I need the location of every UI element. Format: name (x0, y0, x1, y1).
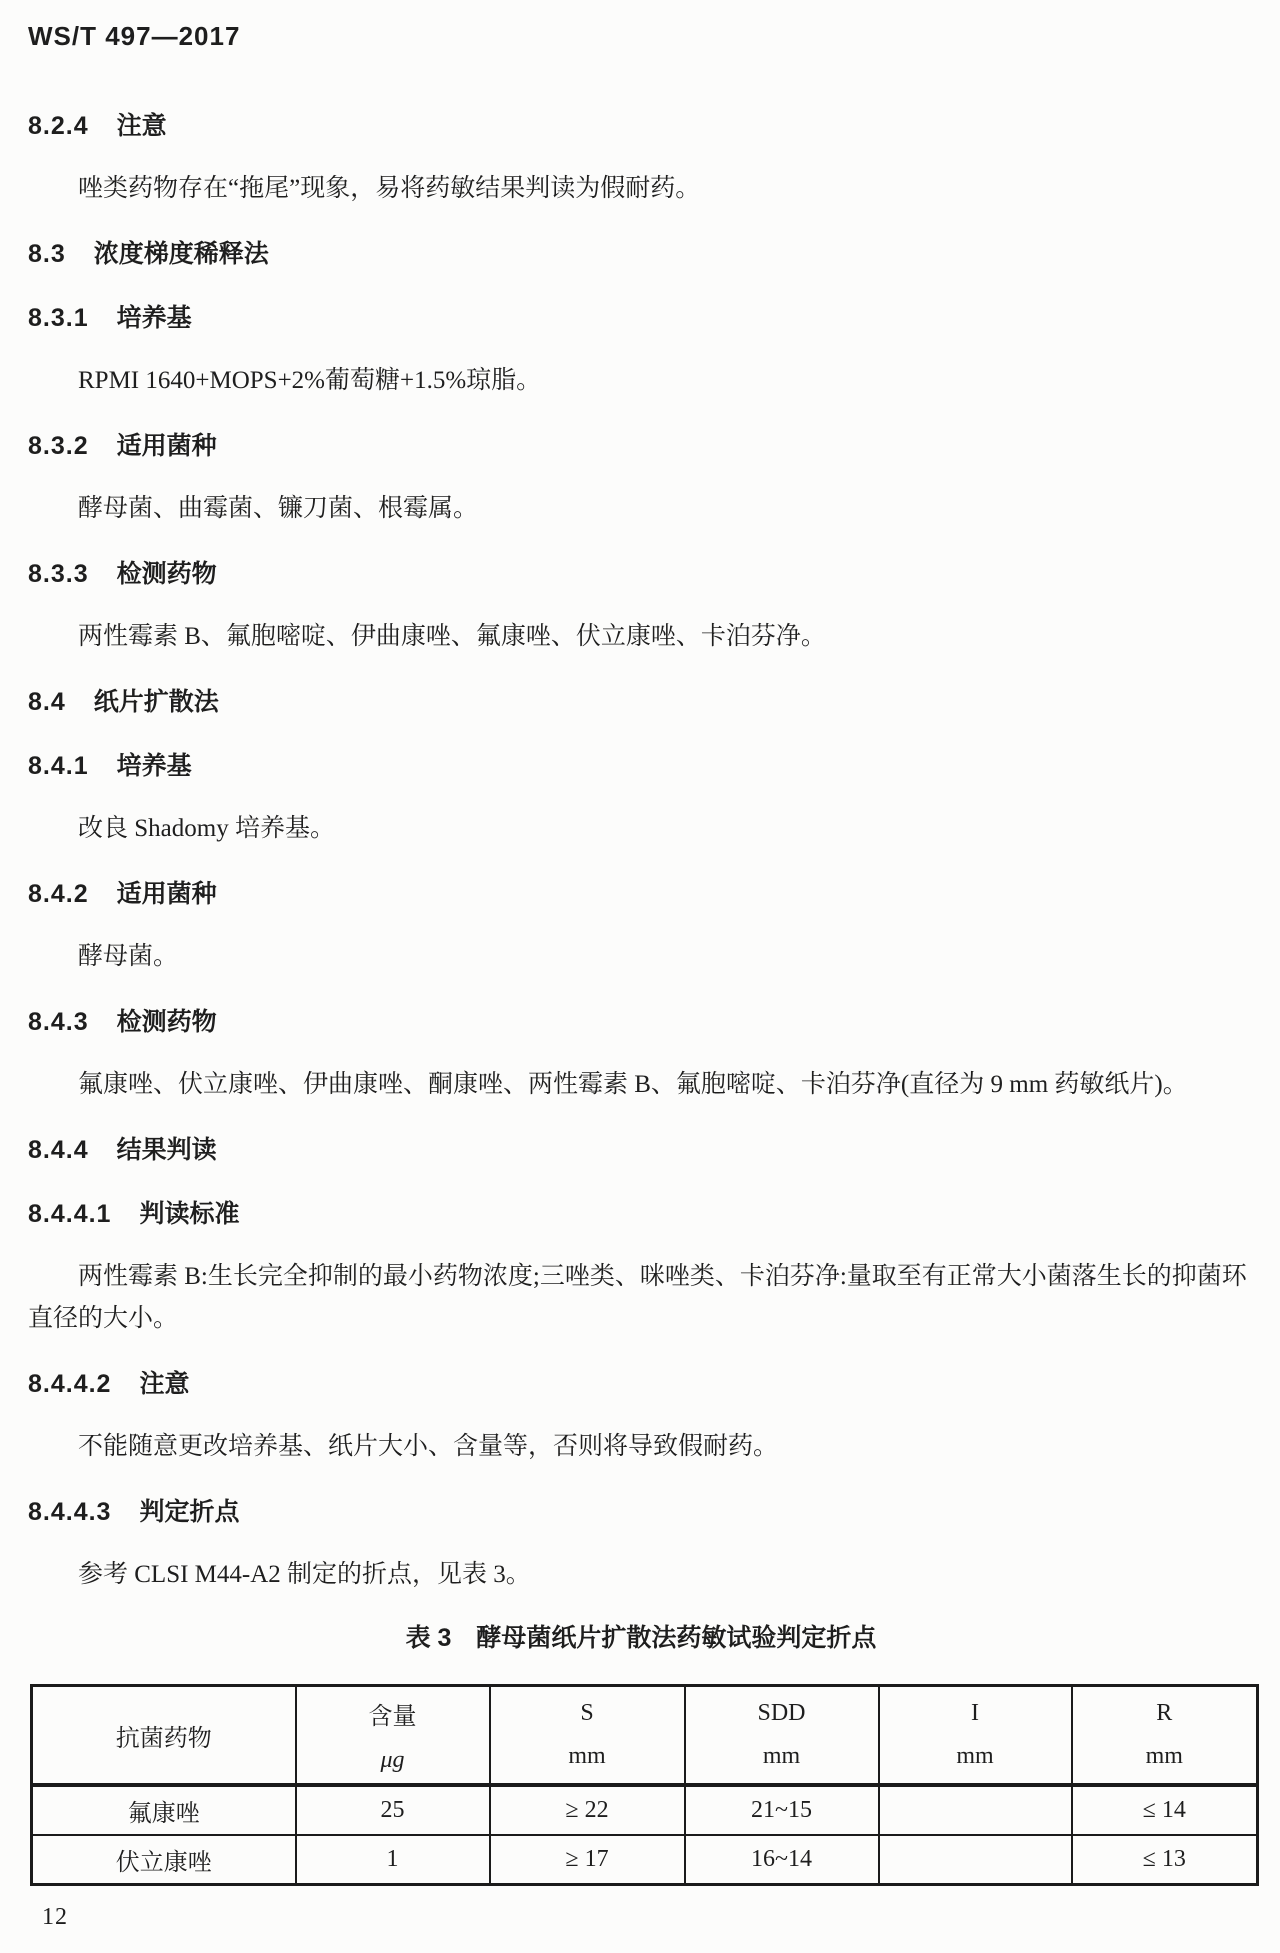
header-cell-r: Rmm (1072, 1686, 1258, 1786)
cell-i (879, 1785, 1072, 1835)
section-title: 结果判读 (117, 1136, 217, 1164)
section-number: 8.4.3 (28, 1002, 89, 1042)
section-number: 8.3.1 (28, 298, 89, 338)
cell-r: ≤ 13 (1072, 1835, 1258, 1885)
column-label: R (1073, 1700, 1257, 1727)
section-number: 8.4.4.1 (28, 1194, 111, 1234)
section-heading-8-4-3: 8.4.3检测药物 (28, 1002, 1254, 1042)
section-number: 8.2.4 (28, 106, 89, 146)
cell-r: ≤ 14 (1072, 1785, 1258, 1835)
section-title: 检测药物 (117, 560, 217, 588)
column-label: SDD (686, 1700, 878, 1727)
section-number: 8.3.2 (28, 426, 89, 466)
section-heading-8-2-4: 8.2.4注意 (28, 106, 1254, 146)
section-number: 8.4.2 (28, 874, 89, 914)
column-label: I (880, 1700, 1071, 1727)
section-title: 判读标准 (139, 1200, 239, 1228)
section-title: 判定折点 (139, 1498, 239, 1526)
page-number: 12 (42, 1902, 1254, 1932)
table-row-fluconazole: 氟康唑 25 ≥ 22 21~15 ≤ 14 (32, 1785, 1258, 1835)
header-cell-s: Smm (490, 1686, 685, 1786)
cell-s: ≥ 22 (490, 1785, 685, 1835)
paragraph: 参考 CLSI M44-A2 制定的折点，见表 3。 (28, 1554, 1254, 1596)
cell-i (879, 1835, 1072, 1885)
section-number: 8.4.4 (28, 1130, 89, 1170)
cell-sdd: 16~14 (685, 1835, 879, 1885)
paragraph: 唑类药物存在“拖尾”现象，易将药敏结果判读为假耐药。 (28, 168, 1254, 210)
column-unit: mm (491, 1743, 684, 1770)
section-title: 注意 (139, 1370, 189, 1398)
cell-content: 1 (296, 1835, 490, 1885)
header-cell-content: 含量μg (296, 1686, 490, 1786)
table-3-caption: 表 3 酵母菌纸片扩散法药敏试验判定折点 (28, 1618, 1254, 1658)
section-title: 适用菌种 (117, 880, 217, 908)
column-label: 抗菌药物 (33, 1718, 295, 1753)
paragraph: 酵母菌。 (28, 936, 1254, 978)
column-label: S (491, 1700, 684, 1727)
section-number: 8.3.3 (28, 554, 89, 594)
cell-sdd: 21~15 (685, 1785, 879, 1835)
document-body: 8.2.4注意 唑类药物存在“拖尾”现象，易将药敏结果判读为假耐药。 8.3浓度… (28, 106, 1254, 1932)
table-header: 抗菌药物 含量μg Smm SDDmm Imm Rmm (32, 1686, 1258, 1786)
section-heading-8-3-2: 8.3.2适用菌种 (28, 426, 1254, 466)
column-unit: μg (297, 1747, 489, 1774)
column-unit: mm (880, 1743, 1071, 1770)
section-number: 8.3 (28, 234, 66, 274)
cell-drug: 伏立康唑 (32, 1835, 296, 1885)
section-title: 纸片扩散法 (94, 688, 219, 716)
section-heading-8-4: 8.4纸片扩散法 (28, 682, 1254, 722)
section-title: 检测药物 (117, 1008, 217, 1036)
cell-drug: 氟康唑 (32, 1785, 296, 1835)
table-row-voriconazole: 伏立康唑 1 ≥ 17 16~14 ≤ 13 (32, 1835, 1258, 1885)
paragraph: 酵母菌、曲霉菌、镰刀菌、根霉属。 (28, 488, 1254, 530)
section-heading-8-3: 8.3浓度梯度稀释法 (28, 234, 1254, 274)
document-page: WS/T 497—2017 8.2.4注意 唑类药物存在“拖尾”现象，易将药敏结… (0, 0, 1280, 1953)
section-title: 培养基 (117, 752, 192, 780)
paragraph: 两性霉素 B、氟胞嘧啶、伊曲康唑、氟康唑、伏立康唑、卡泊芬净。 (28, 616, 1254, 658)
section-heading-8-4-4-2: 8.4.4.2注意 (28, 1364, 1254, 1404)
standard-code-header: WS/T 497—2017 (28, 18, 1254, 54)
column-unit: mm (686, 1743, 878, 1770)
section-title: 浓度梯度稀释法 (94, 240, 269, 268)
paragraph: 两性霉素 B:生长完全抑制的最小药物浓度;三唑类、咪唑类、卡泊芬净:量取至有正常… (28, 1256, 1254, 1340)
table-header-row: 抗菌药物 含量μg Smm SDDmm Imm Rmm (32, 1686, 1258, 1786)
section-number: 8.4.1 (28, 746, 89, 786)
paragraph: 不能随意更改培养基、纸片大小、含量等，否则将导致假耐药。 (28, 1426, 1254, 1468)
breakpoints-table: 抗菌药物 含量μg Smm SDDmm Imm Rmm 氟康唑 25 ≥ 22 … (30, 1684, 1259, 1886)
section-title: 注意 (117, 112, 167, 140)
section-title: 适用菌种 (117, 432, 217, 460)
column-label: 含量 (297, 1696, 489, 1731)
paragraph: 氟康唑、伏立康唑、伊曲康唑、酮康唑、两性霉素 B、氟胞嘧啶、卡泊芬净(直径为 9… (28, 1064, 1254, 1106)
section-number: 8.4.4.3 (28, 1492, 111, 1532)
section-title: 培养基 (117, 304, 192, 332)
section-heading-8-4-2: 8.4.2适用菌种 (28, 874, 1254, 914)
cell-s: ≥ 17 (490, 1835, 685, 1885)
section-heading-8-4-4-1: 8.4.4.1判读标准 (28, 1194, 1254, 1234)
header-cell-sdd: SDDmm (685, 1686, 879, 1786)
header-cell-i: Imm (879, 1686, 1072, 1786)
section-heading-8-3-1: 8.3.1培养基 (28, 298, 1254, 338)
table-body: 氟康唑 25 ≥ 22 21~15 ≤ 14 伏立康唑 1 ≥ 17 16~14… (32, 1785, 1258, 1885)
paragraph: 改良 Shadomy 培养基。 (28, 808, 1254, 850)
section-number: 8.4.4.2 (28, 1364, 111, 1404)
section-heading-8-4-4-3: 8.4.4.3判定折点 (28, 1492, 1254, 1532)
header-cell-drug: 抗菌药物 (32, 1686, 296, 1786)
section-heading-8-4-1: 8.4.1培养基 (28, 746, 1254, 786)
column-unit: mm (1073, 1743, 1257, 1770)
section-number: 8.4 (28, 682, 66, 722)
section-heading-8-3-3: 8.3.3检测药物 (28, 554, 1254, 594)
cell-content: 25 (296, 1785, 490, 1835)
paragraph: RPMI 1640+MOPS+2%葡萄糖+1.5%琼脂。 (28, 360, 1254, 402)
section-heading-8-4-4: 8.4.4结果判读 (28, 1130, 1254, 1170)
